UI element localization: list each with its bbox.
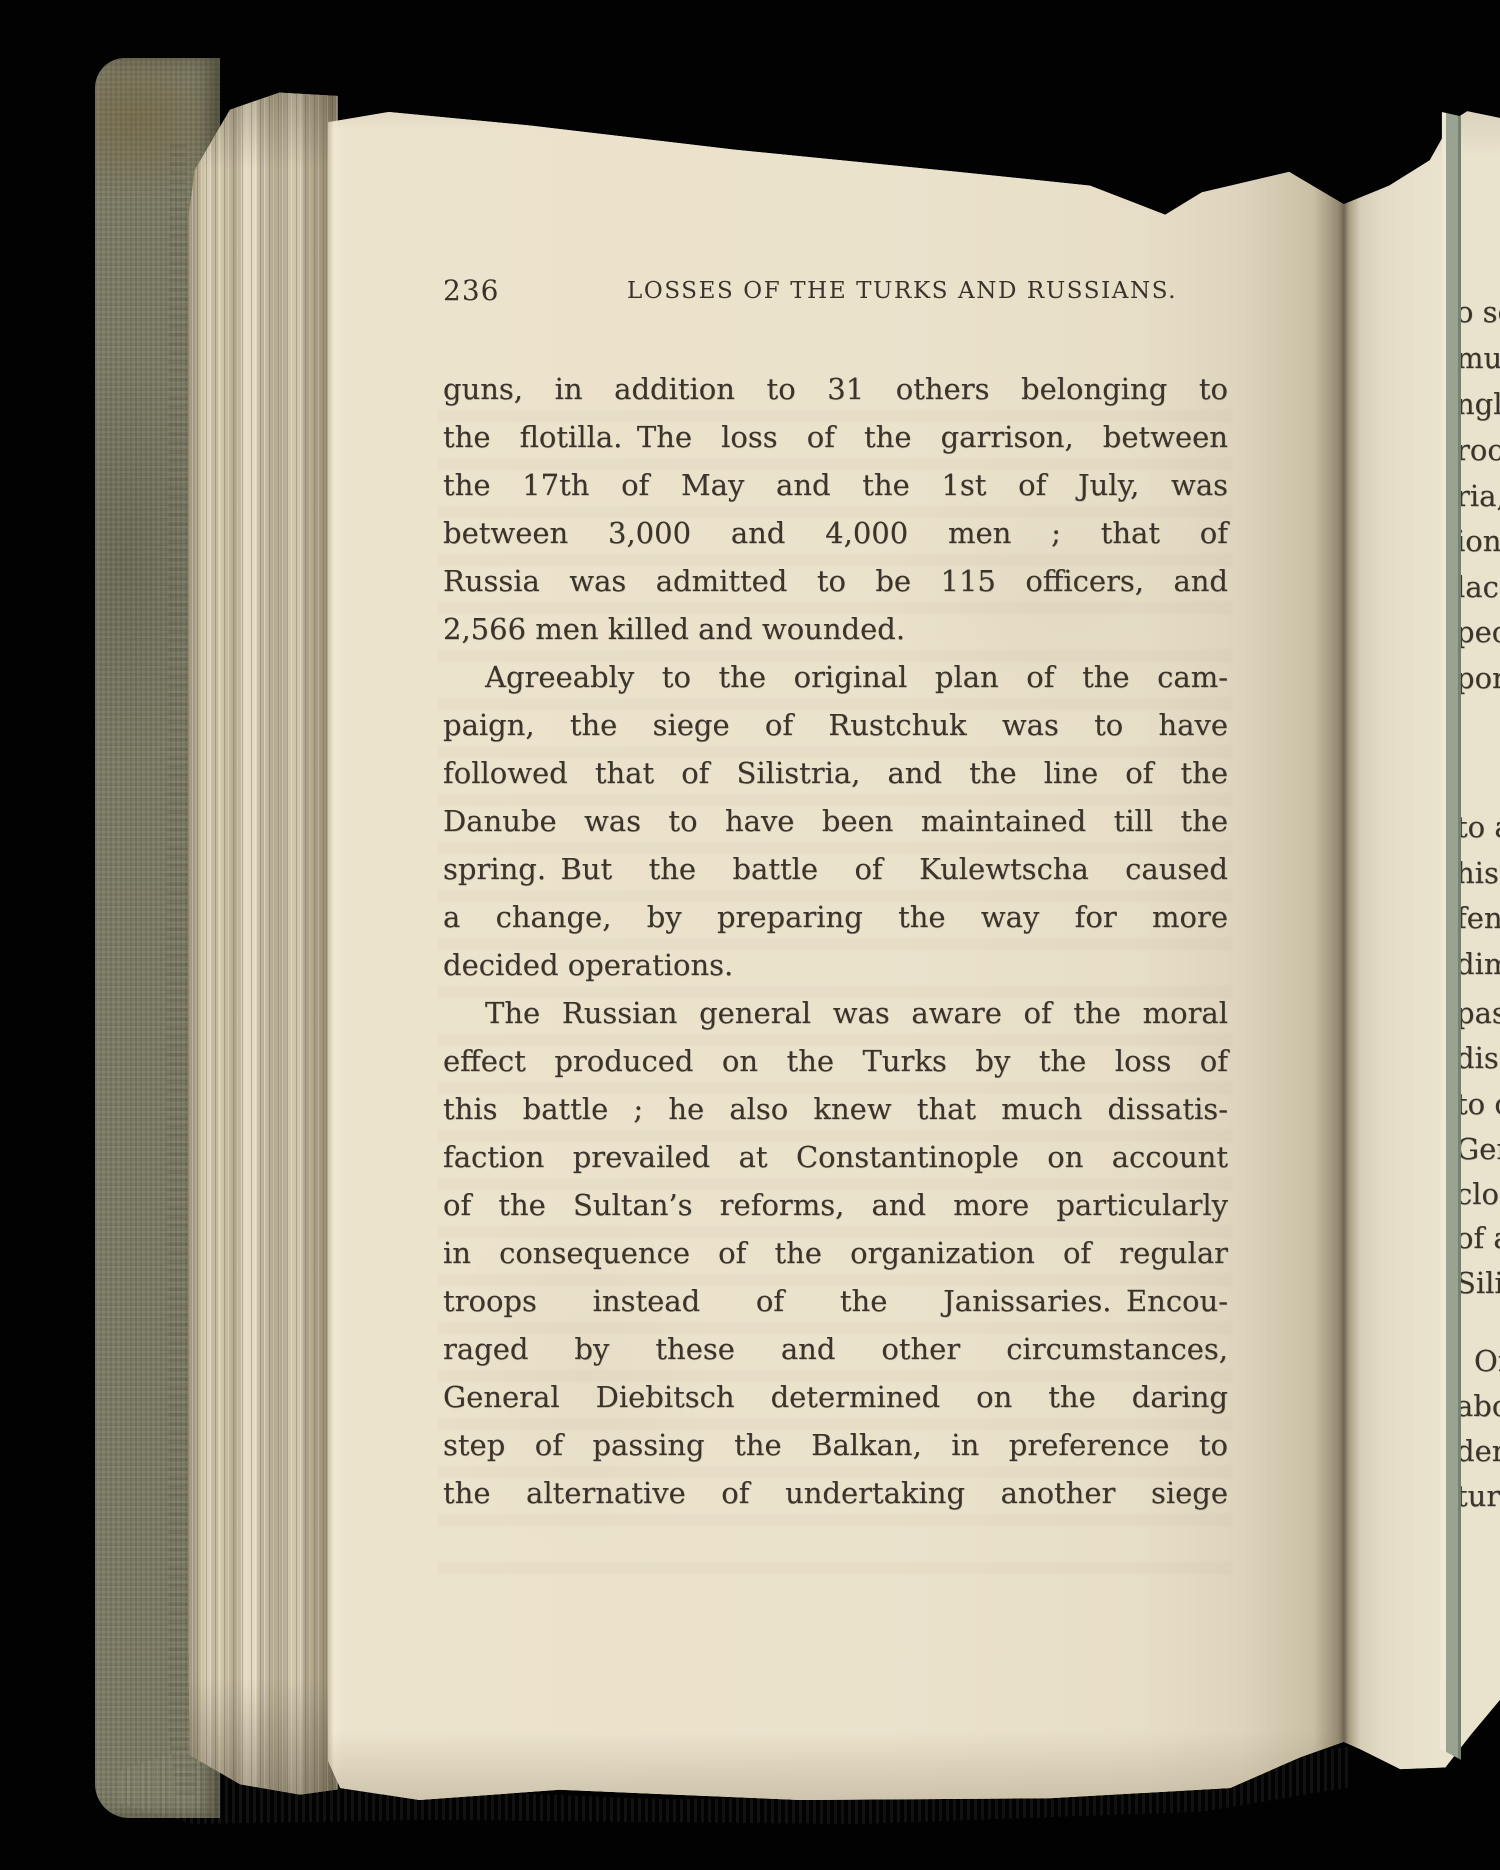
text-line: spring. But the battle of Kulewtscha cau…: [443, 845, 1228, 893]
facing-page-edge-strip: [1440, 112, 1464, 1772]
text-line: decided operations.: [443, 941, 1228, 989]
text-line: Agreeably to the original plan of the ca…: [443, 653, 1228, 701]
text-line: the 17th of May and the 1st of July, was: [443, 461, 1228, 509]
body-text-block: guns, in addition to 31 others belonging…: [443, 365, 1228, 1525]
text-line: step of passing the Balkan, in preferenc…: [443, 1421, 1228, 1469]
text-line: between 3,000 and 4,000 men ; that of: [443, 509, 1228, 557]
text-line: The Russian general was aware of the mor…: [443, 989, 1228, 1037]
text-line: followed that of Silistria, and the line…: [443, 749, 1228, 797]
text-line: this battle ; he also knew that much dis…: [443, 1085, 1228, 1133]
left-page: 236 LOSSES OF THE TURKS AND RUSSIANS. gu…: [328, 88, 1344, 1800]
text-line: 2,566 men killed and wounded.: [443, 605, 1228, 653]
text-line: effect produced on the Turks by the loss…: [443, 1037, 1228, 1085]
facing-page-sliver: [1344, 96, 1500, 1786]
text-line: General Diebitsch determined on the dari…: [443, 1373, 1228, 1421]
text-line: Russia was admitted to be 115 officers, …: [443, 557, 1228, 605]
text-line: faction prevailed at Constantinople on a…: [443, 1133, 1228, 1181]
book-photo: 236 LOSSES OF THE TURKS AND RUSSIANS. gu…: [0, 0, 1500, 1870]
page-block-fore-edge: [188, 84, 338, 1798]
text-line: of the Sultan’s reforms, and more partic…: [443, 1181, 1228, 1229]
text-line: Danube was to have been maintained till …: [443, 797, 1228, 845]
text-line: a change, by preparing the way for more: [443, 893, 1228, 941]
running-header: 236 LOSSES OF THE TURKS AND RUSSIANS.: [443, 274, 1243, 314]
running-title: LOSSES OF THE TURKS AND RUSSIANS.: [627, 278, 1177, 304]
text-line: in consequence of the organization of re…: [443, 1229, 1228, 1277]
page-number: 236: [443, 274, 499, 307]
text-line: troops instead of the Janissaries. Encou…: [443, 1277, 1228, 1325]
text-line: the alternative of undertaking another s…: [443, 1469, 1228, 1517]
text-line: guns, in addition to 31 others belonging…: [443, 365, 1228, 413]
text-line: raged by these and other circumstances,: [443, 1325, 1228, 1373]
text-line: paign, the siege of Rustchuk was to have: [443, 701, 1228, 749]
text-line: the flotilla. The loss of the garrison, …: [443, 413, 1228, 461]
